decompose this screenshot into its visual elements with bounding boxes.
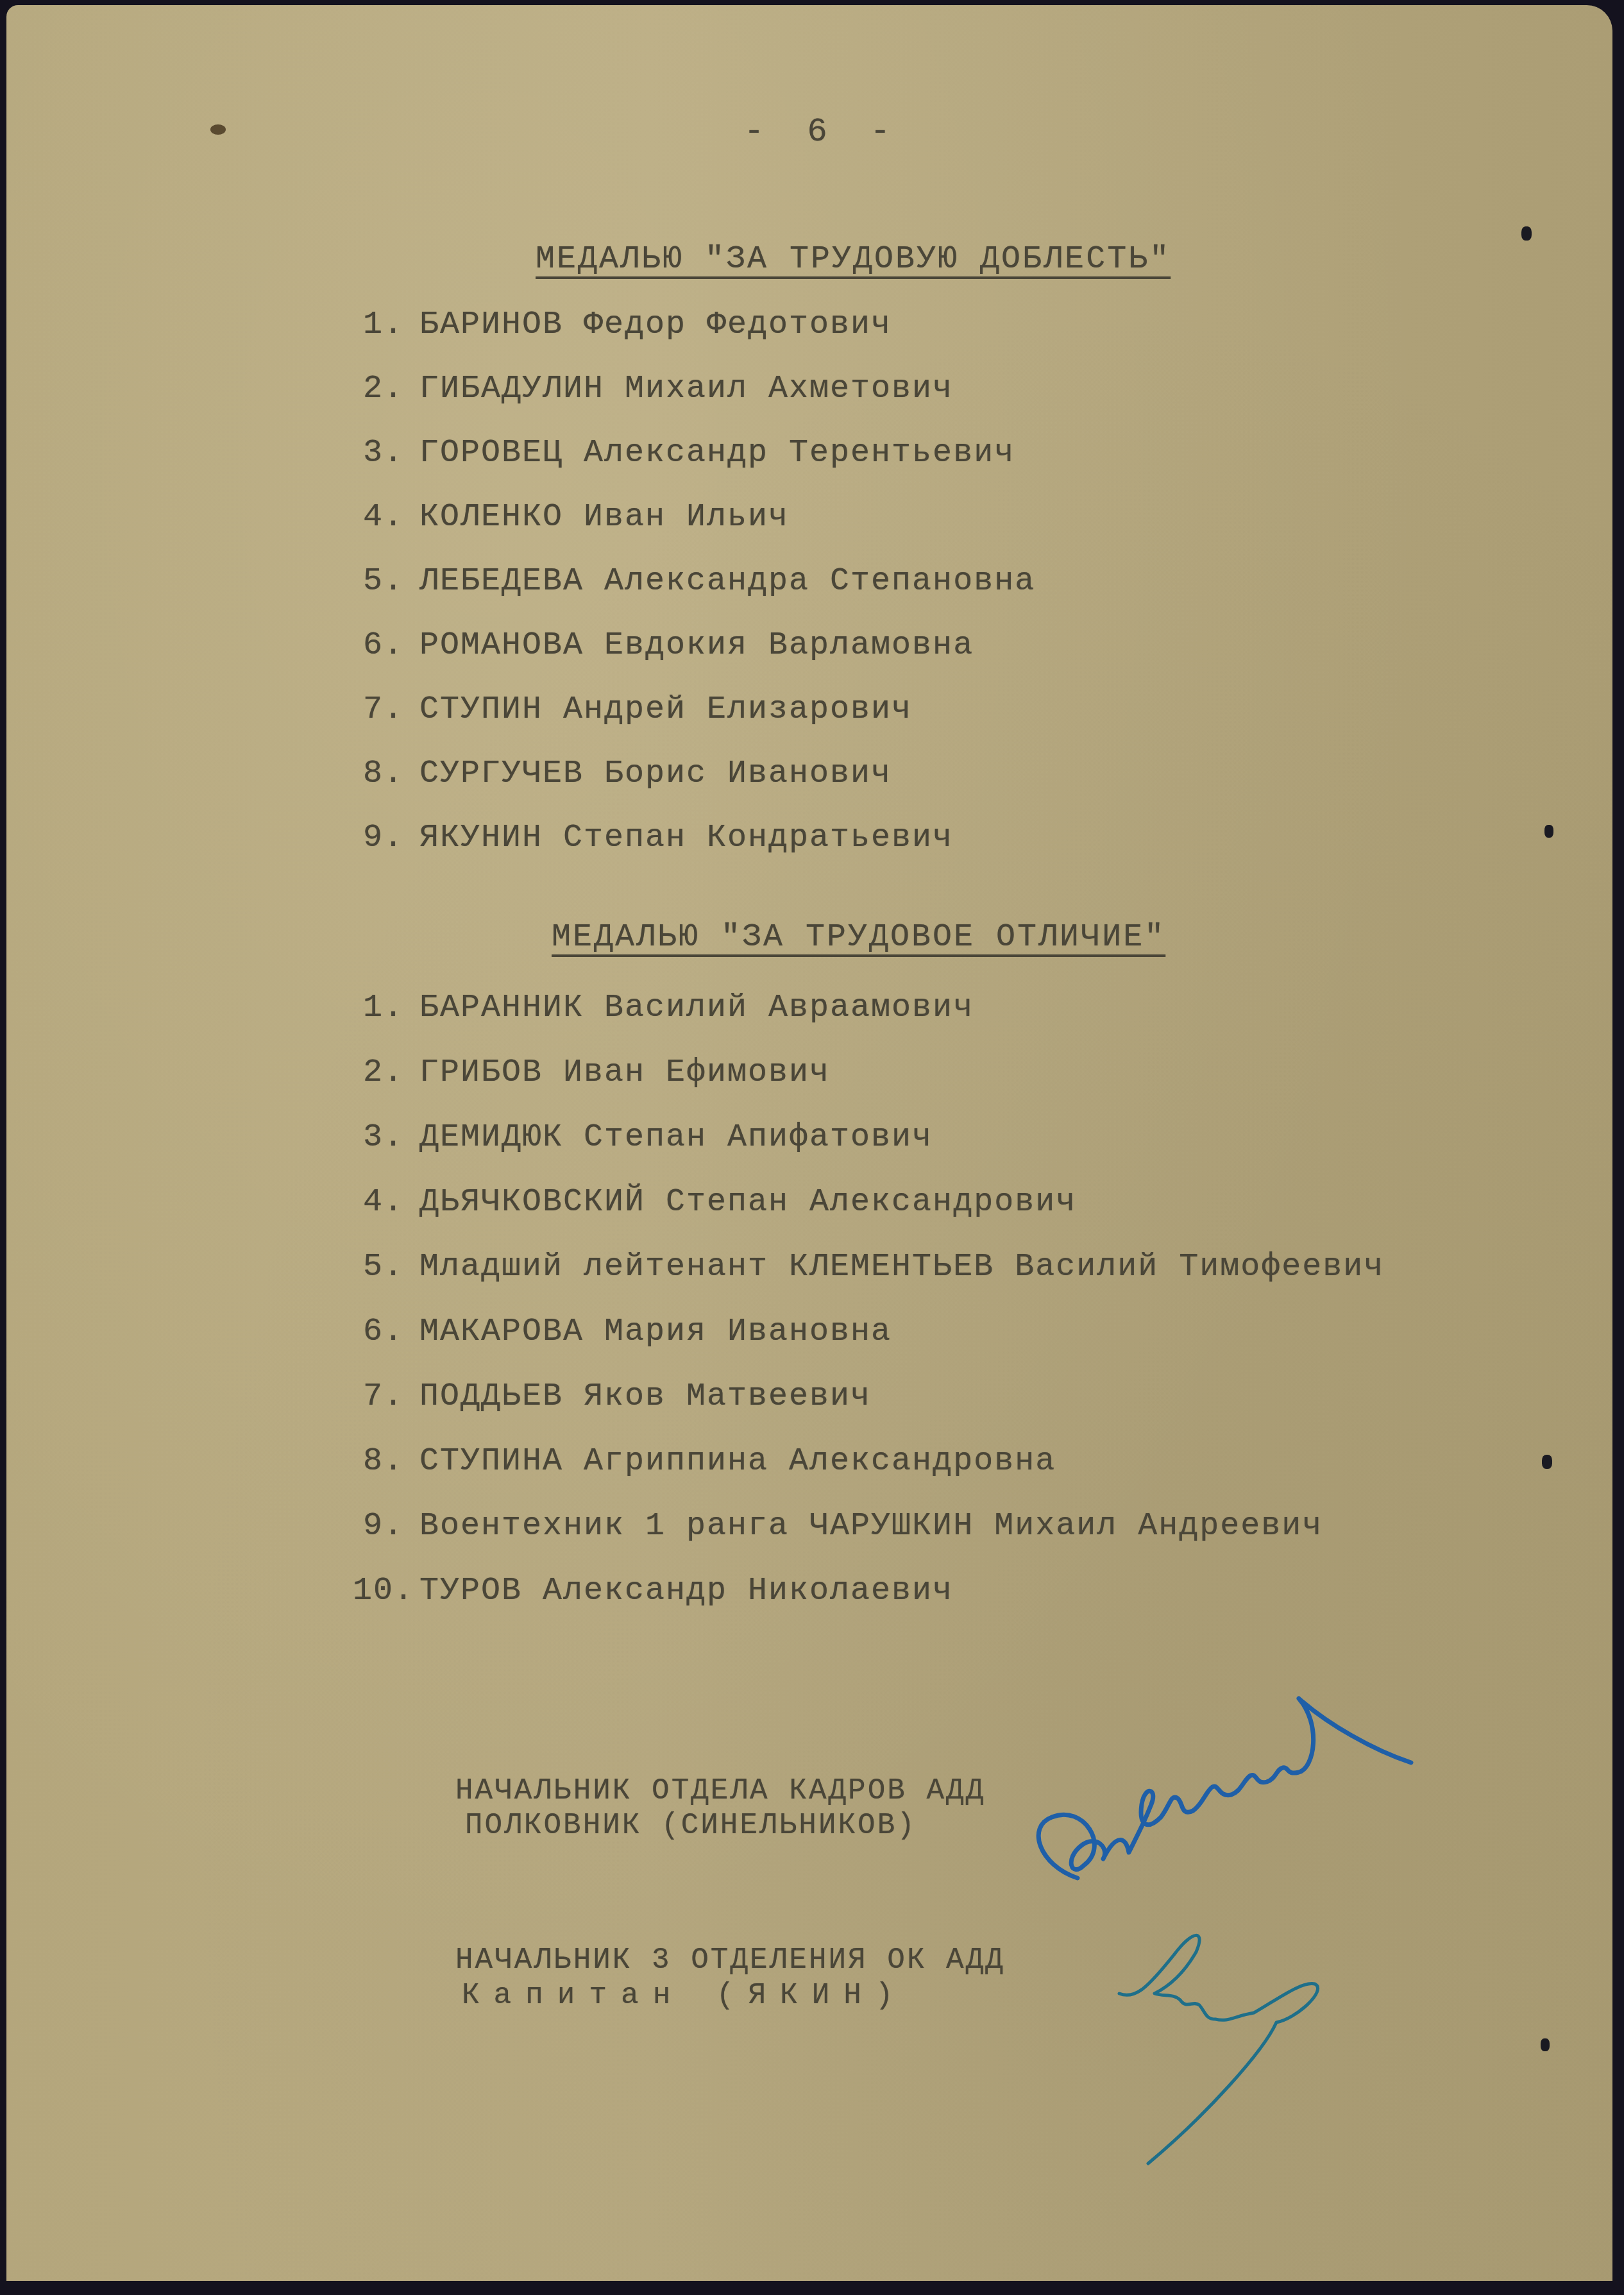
list-item: 9.ЯКУНИН Степан Кондратьевич: [353, 820, 1035, 884]
list-item: 3.ГОРОВЕЦ Александр Терентьевич: [353, 435, 1035, 499]
paper-stain: [210, 124, 226, 135]
recipient-name: БАРАННИК Василий Авраамович: [419, 990, 974, 1026]
list-item: 8.СТУПИНА Агриппина Александровна: [353, 1443, 1384, 1508]
recipient-name: ДЬЯЧКОВСКИЙ Степан Александрович: [419, 1184, 1076, 1221]
list-item: 4.КОЛЕНКО Иван Ильич: [353, 499, 1035, 563]
recipient-name: ПОДДЬЕВ Яков Матвеевич: [419, 1378, 871, 1415]
award-list-labor-distinction: 1.БАРАННИК Василий Авраамович 2.ГРИБОВ И…: [353, 990, 1384, 1638]
list-item: 2.ГИБАДУЛИН Михаил Ахметович: [353, 371, 1035, 435]
item-number: 5.: [353, 563, 404, 600]
item-number: 7.: [353, 1378, 404, 1415]
item-number: 4.: [353, 1184, 404, 1221]
recipient-name: БАРИНОВ Федор Федотович: [419, 307, 892, 343]
list-item: 3.ДЕМИДЮК Степан Апифатович: [353, 1119, 1384, 1184]
signatory-1-rank-name: ПОЛКОВНИК (СИНЕЛЬНИКОВ): [465, 1809, 917, 1842]
recipient-name: ГОРОВЕЦ Александр Терентьевич: [419, 435, 1015, 471]
punch-hole: [1521, 226, 1532, 241]
item-number: 4.: [353, 499, 404, 536]
item-number: 10.: [353, 1573, 404, 1609]
section-heading-labor-valor: МЕДАЛЬЮ "ЗА ТРУДОВУЮ ДОБЛЕСТЬ": [536, 241, 1171, 278]
list-item: 1.БАРАННИК Василий Авраамович: [353, 990, 1384, 1054]
list-item: 6.МАКАРОВА Мария Ивановна: [353, 1314, 1384, 1378]
signatory-2-title: НАЧАЛЬНИК 3 ОТДЕЛЕНИЯ ОК АДД: [455, 1944, 1005, 1977]
signatory-2-rank-name: Капитан (ЯКИН): [462, 1979, 907, 2012]
punch-hole: [1542, 1455, 1552, 1469]
list-item: 5.Младший лейтенант КЛЕМЕНТЬЕВ Василий Т…: [353, 1249, 1384, 1314]
document-sheet: - 6 - МЕДАЛЬЮ "ЗА ТРУДОВУЮ ДОБЛЕСТЬ" 1.Б…: [6, 5, 1612, 2281]
list-item: 6.РОМАНОВА Евдокия Варламовна: [353, 627, 1035, 691]
signature-1: [1013, 1673, 1424, 1904]
punch-hole: [1541, 2038, 1550, 2051]
list-item: 10.ТУРОВ Александр Николаевич: [353, 1573, 1384, 1638]
item-number: 2.: [353, 1054, 404, 1091]
signature-2: [1110, 1923, 1341, 2180]
item-number: 7.: [353, 691, 404, 728]
recipient-name: ЯКУНИН Степан Кондратьевич: [419, 820, 953, 856]
list-item: 2.ГРИБОВ Иван Ефимович: [353, 1054, 1384, 1119]
signatory-1-title: НАЧАЛЬНИК ОТДЕЛА КАДРОВ АДД: [455, 1774, 985, 1808]
recipient-name: ЛЕБЕДЕВА Александра Степановна: [419, 563, 1035, 600]
recipient-name: МАКАРОВА Мария Ивановна: [419, 1314, 892, 1350]
item-number: 5.: [353, 1249, 404, 1285]
recipient-name: СУРГУЧЕВ Борис Иванович: [419, 756, 892, 792]
list-item: 1.БАРИНОВ Федор Федотович: [353, 307, 1035, 371]
list-item: 5.ЛЕБЕДЕВА Александра Степановна: [353, 563, 1035, 627]
item-number: 3.: [353, 1119, 404, 1156]
list-item: 7.СТУПИН Андрей Елизарович: [353, 691, 1035, 756]
recipient-name: РОМАНОВА Евдокия Варламовна: [419, 627, 974, 664]
item-number: 9.: [353, 820, 404, 856]
award-list-labor-valor: 1.БАРИНОВ Федор Федотович 2.ГИБАДУЛИН Ми…: [353, 307, 1035, 884]
list-item: 9.Воентехник 1 ранга ЧАРУШКИН Михаил Анд…: [353, 1508, 1384, 1573]
recipient-name: ГИБАДУЛИН Михаил Ахметович: [419, 371, 953, 407]
item-number: 3.: [353, 435, 404, 471]
recipient-name: Воентехник 1 ранга ЧАРУШКИН Михаил Андре…: [419, 1508, 1323, 1545]
list-item: 8.СУРГУЧЕВ Борис Иванович: [353, 756, 1035, 820]
item-number: 8.: [353, 756, 404, 792]
recipient-name: ТУРОВ Александр Николаевич: [419, 1573, 953, 1609]
item-number: 8.: [353, 1443, 404, 1480]
recipient-name: СТУПИН Андрей Елизарович: [419, 691, 912, 728]
section-heading-labor-distinction: МЕДАЛЬЮ "ЗА ТРУДОВОЕ ОТЛИЧИЕ": [552, 919, 1165, 956]
item-number: 6.: [353, 627, 404, 664]
page-number: - 6 -: [744, 113, 902, 151]
item-number: 2.: [353, 371, 404, 407]
item-number: 1.: [353, 307, 404, 343]
item-number: 9.: [353, 1508, 404, 1545]
punch-hole: [1544, 825, 1553, 838]
recipient-name: Младший лейтенант КЛЕМЕНТЬЕВ Василий Тим…: [419, 1249, 1384, 1285]
list-item: 4.ДЬЯЧКОВСКИЙ Степан Александрович: [353, 1184, 1384, 1249]
recipient-name: ГРИБОВ Иван Ефимович: [419, 1054, 830, 1091]
recipient-name: СТУПИНА Агриппина Александровна: [419, 1443, 1056, 1480]
recipient-name: КОЛЕНКО Иван Ильич: [419, 499, 789, 536]
recipient-name: ДЕМИДЮК Степан Апифатович: [419, 1119, 933, 1156]
item-number: 1.: [353, 990, 404, 1026]
list-item: 7.ПОДДЬЕВ Яков Матвеевич: [353, 1378, 1384, 1443]
item-number: 6.: [353, 1314, 404, 1350]
